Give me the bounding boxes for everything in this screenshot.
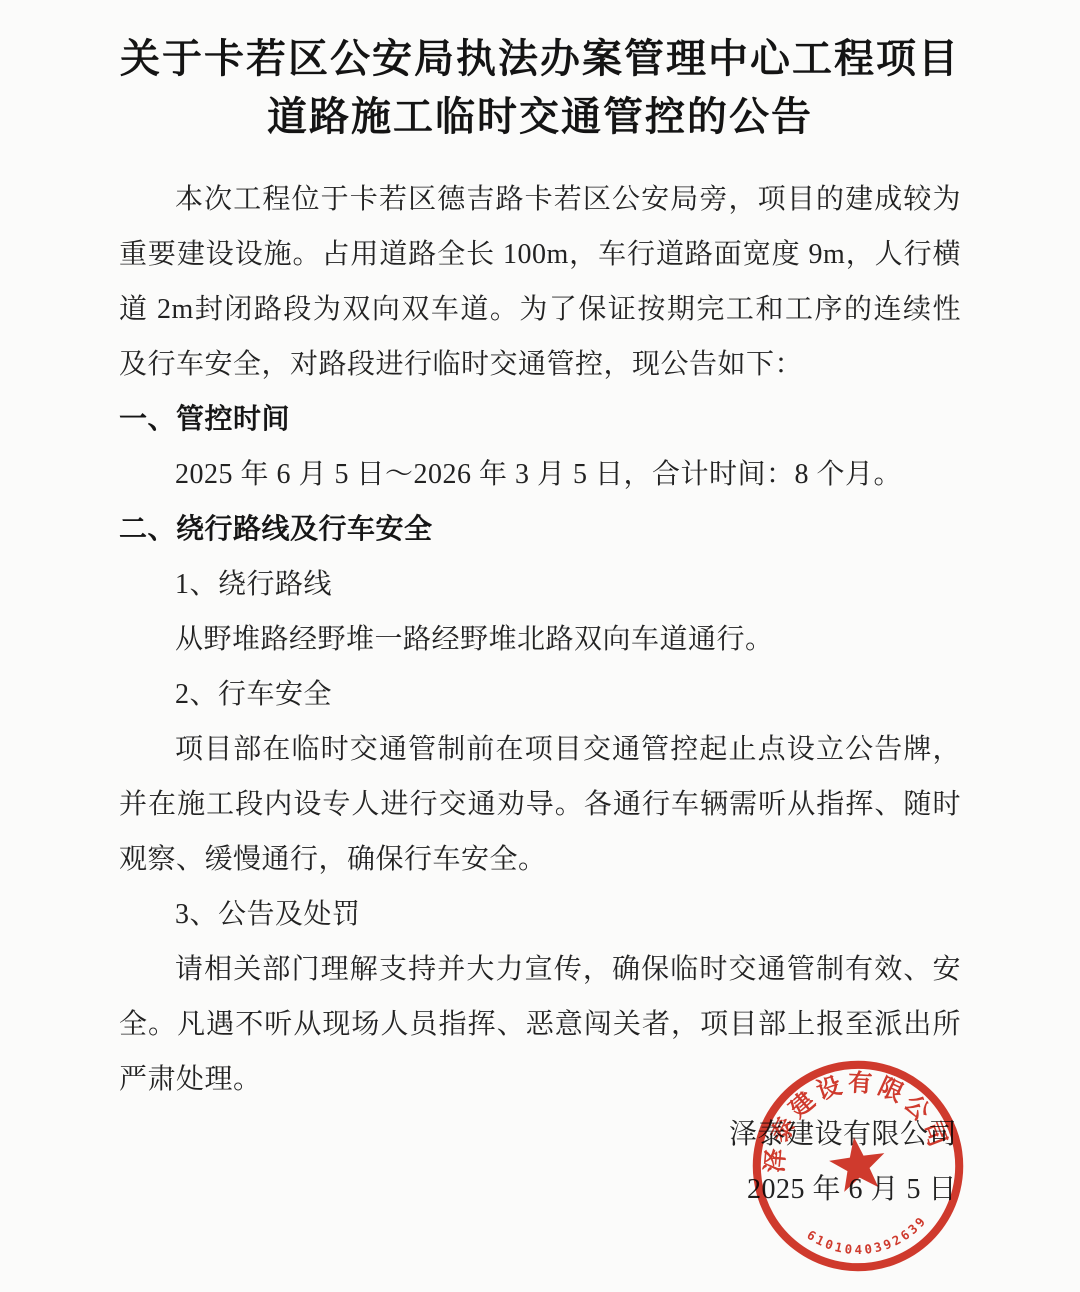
notice-title-line2: 道路施工临时交通管控的公告 xyxy=(0,88,1080,146)
seal-code-arc-text: 6101040392639 xyxy=(803,1211,934,1265)
subsection1-body: 从野堆路经野堆一路经野堆北路双向车道通行。 xyxy=(119,612,961,667)
signature-company: 泽泰建设有限公司 xyxy=(119,1107,957,1162)
signature-date: 2025 年 6 月 5 日 xyxy=(119,1162,957,1217)
intro-paragraph: 本次工程位于卡若区德吉路卡若区公安局旁，项目的建成较为重要建设设施。占用道路全长… xyxy=(119,172,961,392)
subsection3-heading: 3、公告及处罚 xyxy=(119,887,961,942)
subsection1-heading: 1、绕行路线 xyxy=(119,557,961,612)
notice-body: 本次工程位于卡若区德吉路卡若区公安局旁，项目的建成较为重要建设设施。占用道路全长… xyxy=(119,172,961,1217)
notice-title-line1: 关于卡若区公安局执法办案管理中心工程项目 xyxy=(0,30,1080,88)
notice-document-page: 关于卡若区公安局执法办案管理中心工程项目 道路施工临时交通管控的公告 本次工程位… xyxy=(0,0,1080,1292)
subsection3-body: 请相关部门理解支持并大力宣传，确保临时交通管制有效、安全。凡遇不听从现场人员指挥… xyxy=(119,942,961,1107)
notice-title: 关于卡若区公安局执法办案管理中心工程项目 道路施工临时交通管控的公告 xyxy=(0,0,1080,146)
section1-heading: 一、管控时间 xyxy=(119,392,961,447)
signature-block: 泽泰建设有限公司 2025 年 6 月 5 日 xyxy=(119,1107,961,1217)
section2-heading: 二、绕行路线及行车安全 xyxy=(119,502,961,557)
section1-body: 2025 年 6 月 5 日～2026 年 3 月 5 日，合计时间：8 个月。 xyxy=(119,447,961,502)
subsection2-body: 项目部在临时交通管制前在项目交通管控起止点设立公告牌，并在施工段内设专人进行交通… xyxy=(119,722,961,887)
subsection2-heading: 2、行车安全 xyxy=(119,667,961,722)
